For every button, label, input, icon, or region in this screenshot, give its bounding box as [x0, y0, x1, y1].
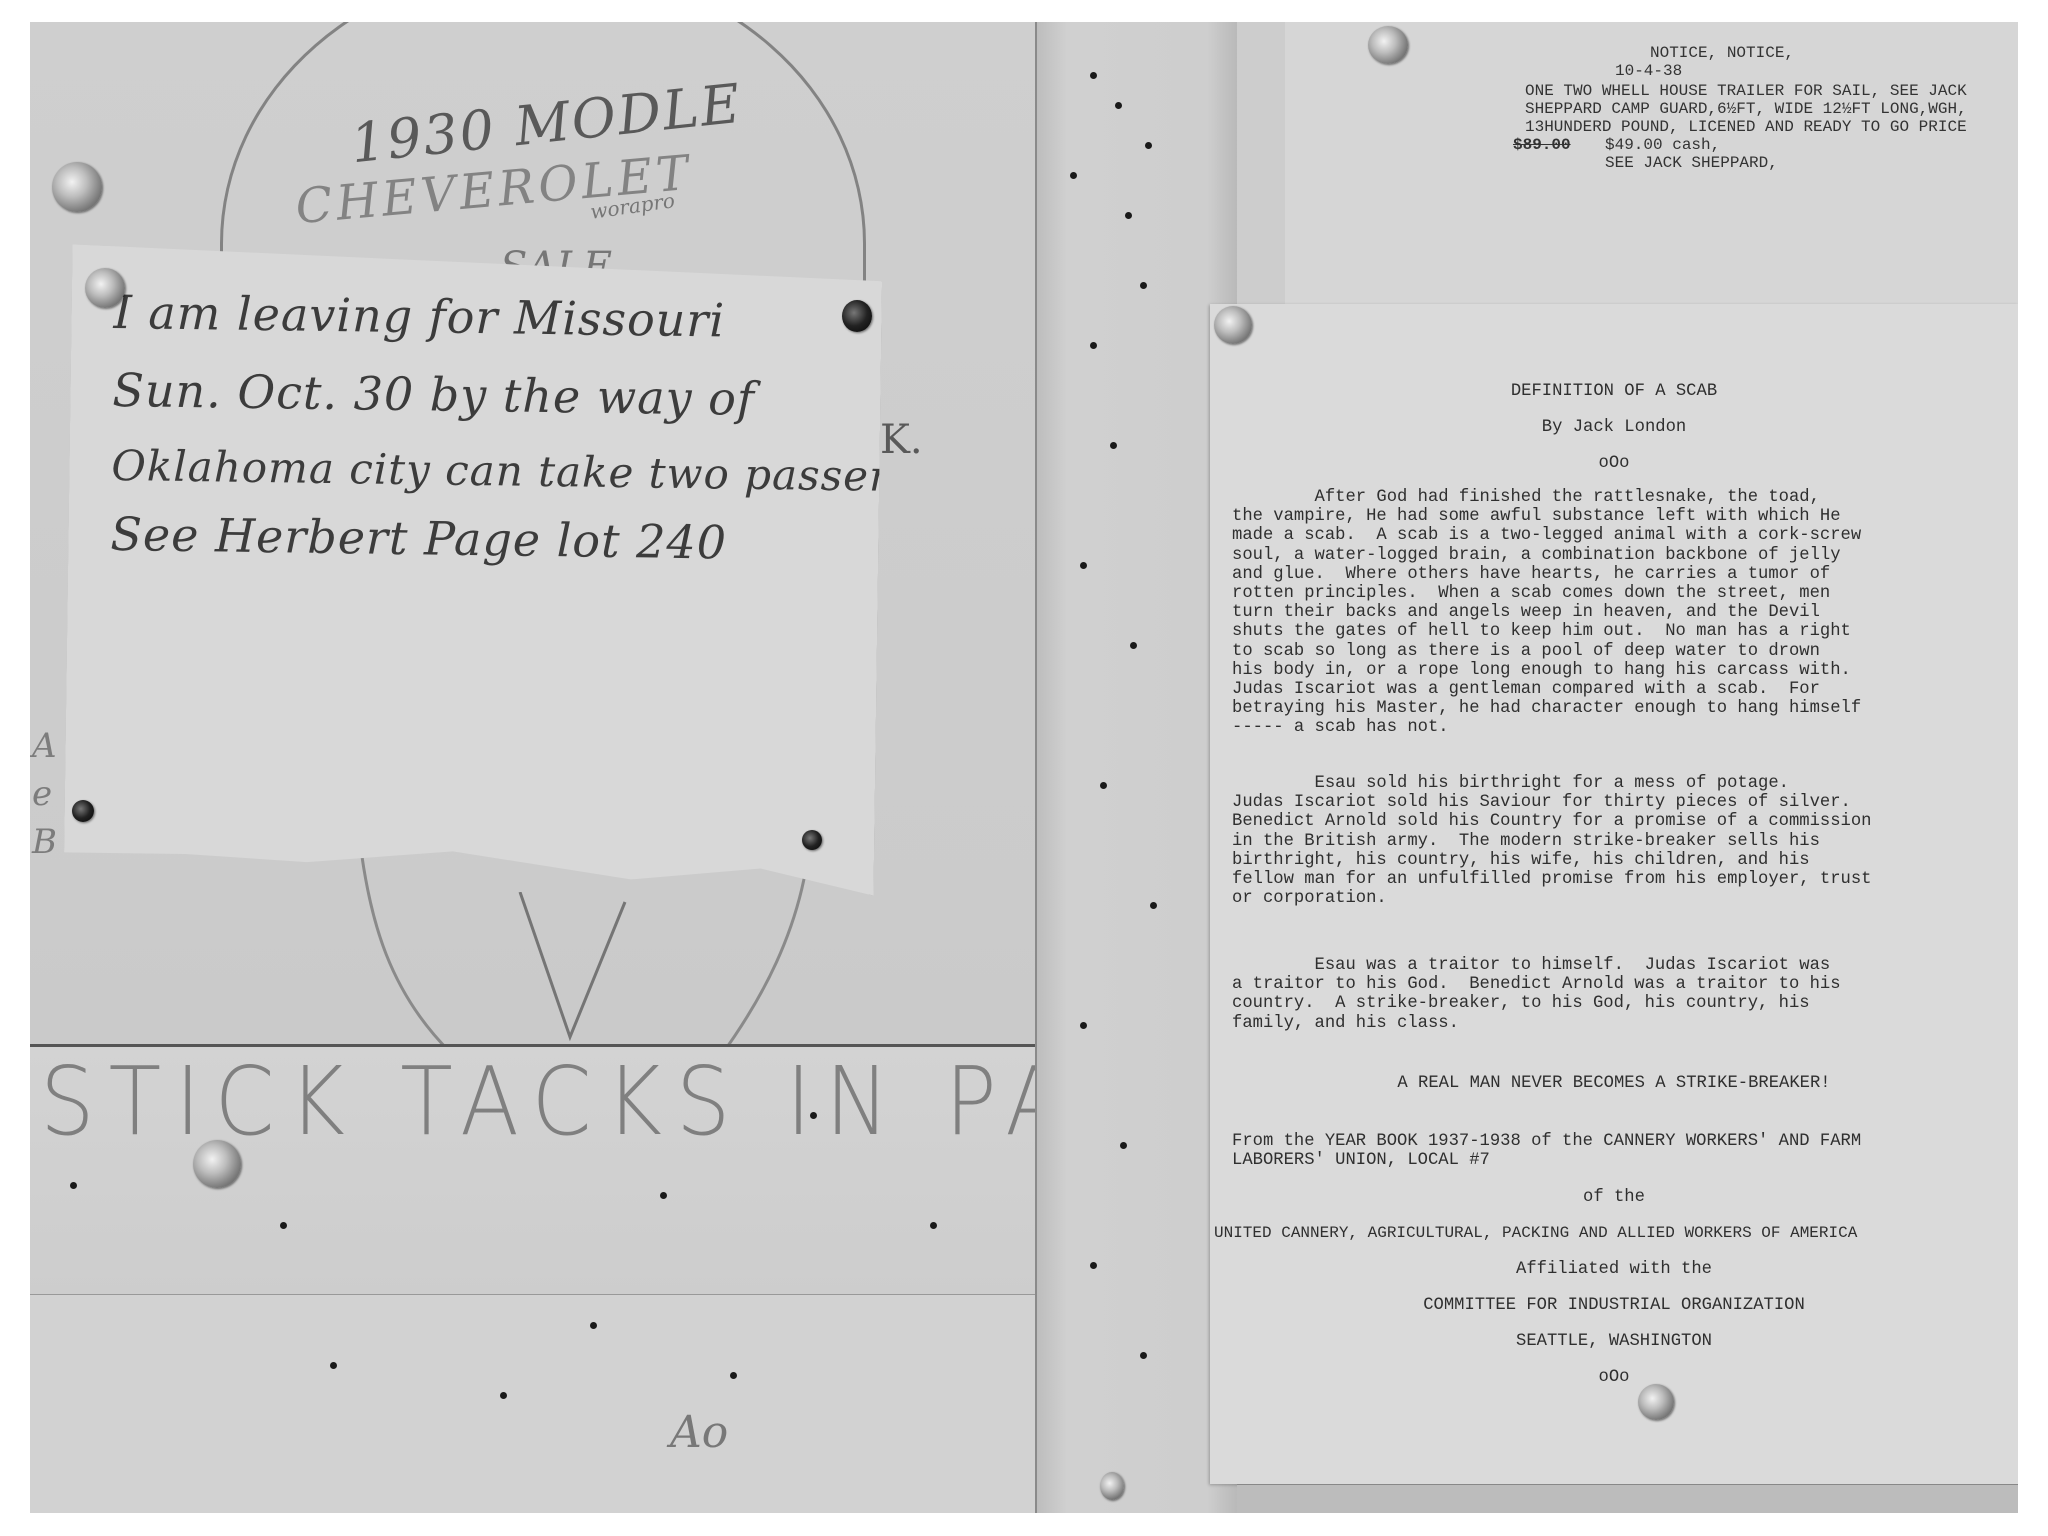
note-line-1: I am leaving for Missouri	[113, 285, 725, 348]
typed-line: shuts the gates of hell to keep him out.…	[1232, 622, 1861, 641]
graffiti-side-mark: K.	[880, 417, 923, 463]
notice-line-1: ONE TWO WHELL HOUSE TRAILER FOR SAIL, SE…	[1525, 82, 1967, 100]
nail-hole	[1115, 102, 1122, 109]
typed-line: fellow man for an unfulfilled promise fr…	[1232, 870, 1871, 889]
bottom-board-edge	[1237, 1484, 2018, 1513]
margin-letters: A e B	[32, 722, 57, 866]
nail-hole	[1070, 172, 1077, 179]
nail-hole	[810, 1112, 817, 1119]
typed-line: a traitor to his God. Benedict Arnold wa…	[1232, 975, 1841, 994]
sheet-ornament: oOo	[1210, 454, 2018, 473]
typed-line: his body in, or a rope long enough to ha…	[1232, 661, 1861, 680]
nail-hole	[730, 1372, 737, 1379]
notice-contact: SEE JACK SHEPPARD,	[1605, 154, 1778, 172]
sheet-committee: COMMITTEE FOR INDUSTRIAL ORGANIZATION	[1210, 1296, 2018, 1315]
typed-line: the vampire, He had some awful substance…	[1232, 507, 1861, 526]
typed-line: rotten principles. When a scab comes dow…	[1232, 584, 1861, 603]
nail-hole	[1150, 902, 1157, 909]
typed-line: turn their backs and angels weep in heav…	[1232, 603, 1861, 622]
nail-hole	[1090, 1262, 1097, 1269]
paragraph-definition: After God had finished the rattlesnake, …	[1232, 488, 1861, 738]
nail-hole	[1140, 1352, 1147, 1359]
notice-line-3: 13HUNDERD POUND, LICENED AND READY TO GO…	[1525, 118, 1967, 136]
scribble-mark: Ao	[670, 1407, 728, 1458]
nail-hole	[660, 1192, 667, 1199]
nail-hole	[1140, 282, 1147, 289]
note-line-3: Oklahoma city can take two passengers	[111, 441, 995, 502]
typed-line: Benedict Arnold sold his Country for a p…	[1232, 812, 1871, 831]
nail-hole	[1090, 342, 1097, 349]
thumbtack-icon	[1100, 1472, 1124, 1500]
note-line-2: Sun. Oct. 30 by the way of	[112, 363, 755, 426]
sheet-source: From the YEAR BOOK 1937-1938 of the CANN…	[1232, 1132, 1861, 1170]
typed-line: family, and his class.	[1232, 1014, 1841, 1033]
thumbtack-icon	[842, 300, 872, 332]
thumbtack-icon	[802, 830, 822, 850]
trailer-sale-notice: NOTICE, NOTICE, 10-4-38 ONE TWO WHELL HO…	[1285, 22, 2018, 307]
sheet-ornament-end: oOo	[1210, 1368, 2018, 1387]
scab-definition-sheet: DEFINITION OF A SCAB By Jack London oOo …	[1210, 304, 2018, 1484]
sheet-slogan: A REAL MAN NEVER BECOMES A STRIKE-BREAKE…	[1210, 1074, 2018, 1093]
notice-heading: NOTICE, NOTICE,	[1650, 44, 1794, 62]
typed-line: Judas Iscariot sold his Saviour for thir…	[1232, 793, 1871, 812]
thumbtack-icon	[1368, 26, 1408, 64]
typed-line: to scab so long as there is a pool of de…	[1232, 642, 1861, 661]
bulletin-board-photo: 1930 MODLE CHEVEROLET worapro SALE K. A …	[30, 22, 2018, 1513]
sheet-title: DEFINITION OF A SCAB	[1210, 382, 2018, 401]
nail-hole	[500, 1392, 507, 1399]
typed-line: or corporation.	[1232, 889, 1871, 908]
typed-line: country. A strike-breaker, to his God, h…	[1232, 994, 1841, 1013]
typed-line: made a scab. A scab is a two-legged anim…	[1232, 526, 1861, 545]
typed-line: LABORERS' UNION, LOCAL #7	[1232, 1151, 1861, 1170]
vertical-post	[1035, 22, 1239, 1513]
thumbtack-icon	[85, 268, 125, 308]
nail-hole	[1100, 782, 1107, 789]
sheet-union: UNITED CANNERY, AGRICULTURAL, PACKING AN…	[1214, 1224, 1857, 1243]
typed-line: After God had finished the rattlesnake, …	[1232, 488, 1861, 507]
nail-hole	[590, 1322, 597, 1329]
note-line-4: See Herbert Page lot 240	[110, 507, 727, 570]
thumbtack-icon	[1638, 1384, 1674, 1420]
thumbtack-icon	[1214, 306, 1252, 344]
thumbtack-icon	[52, 162, 102, 212]
sheet-city: SEATTLE, WASHINGTON	[1210, 1332, 2018, 1351]
typed-line: betraying his Master, he had character e…	[1232, 699, 1861, 718]
thumbtack-icon	[72, 800, 94, 822]
nail-hole	[280, 1222, 287, 1229]
nail-hole	[930, 1222, 937, 1229]
nail-hole	[1110, 442, 1117, 449]
notice-price: $49.00 cash,	[1605, 136, 1720, 154]
notice-struck-price: $89.00	[1513, 136, 1571, 154]
paragraph-betrayal: Esau sold his birthright for a mess of p…	[1232, 774, 1871, 908]
typed-line: soul, a water-logged brain, a combinatio…	[1232, 546, 1861, 565]
typed-line: in the British army. The modern strike-b…	[1232, 832, 1871, 851]
typed-line: birthright, his country, his wife, his c…	[1232, 851, 1871, 870]
nail-hole	[1125, 212, 1132, 219]
nail-hole	[1130, 642, 1137, 649]
nail-hole	[70, 1182, 77, 1189]
sheet-affiliated: Affiliated with the	[1210, 1260, 2018, 1279]
nail-hole	[1080, 1022, 1087, 1029]
nail-hole	[1145, 142, 1152, 149]
notice-line-2: SHEPPARD CAMP GUARD,6½FT, WIDE 12½FT LON…	[1525, 100, 1967, 118]
typed-line: Judas Iscariot was a gentleman compared …	[1232, 680, 1861, 699]
nail-hole	[1120, 1142, 1127, 1149]
thumbtack-icon	[193, 1140, 241, 1188]
typed-line: Esau was a traitor to himself. Judas Isc…	[1232, 956, 1841, 975]
nail-hole	[330, 1362, 337, 1369]
lower-board	[30, 1294, 1035, 1513]
paragraph-traitor: Esau was a traitor to himself. Judas Isc…	[1232, 956, 1841, 1033]
typed-line: and glue. Where others have hearts, he c…	[1232, 565, 1861, 584]
typed-line: ----- a scab has not.	[1232, 718, 1861, 737]
handwritten-ride-note: I am leaving for Missouri Sun. Oct. 30 b…	[64, 244, 883, 895]
notice-date: 10-4-38	[1615, 62, 1682, 80]
sheet-author: By Jack London	[1210, 418, 2018, 437]
nail-hole	[1080, 562, 1087, 569]
sheet-of-the: of the	[1210, 1188, 2018, 1207]
nail-hole	[1090, 72, 1097, 79]
typed-line: Esau sold his birthright for a mess of p…	[1232, 774, 1871, 793]
typed-line: From the YEAR BOOK 1937-1938 of the CANN…	[1232, 1132, 1861, 1151]
